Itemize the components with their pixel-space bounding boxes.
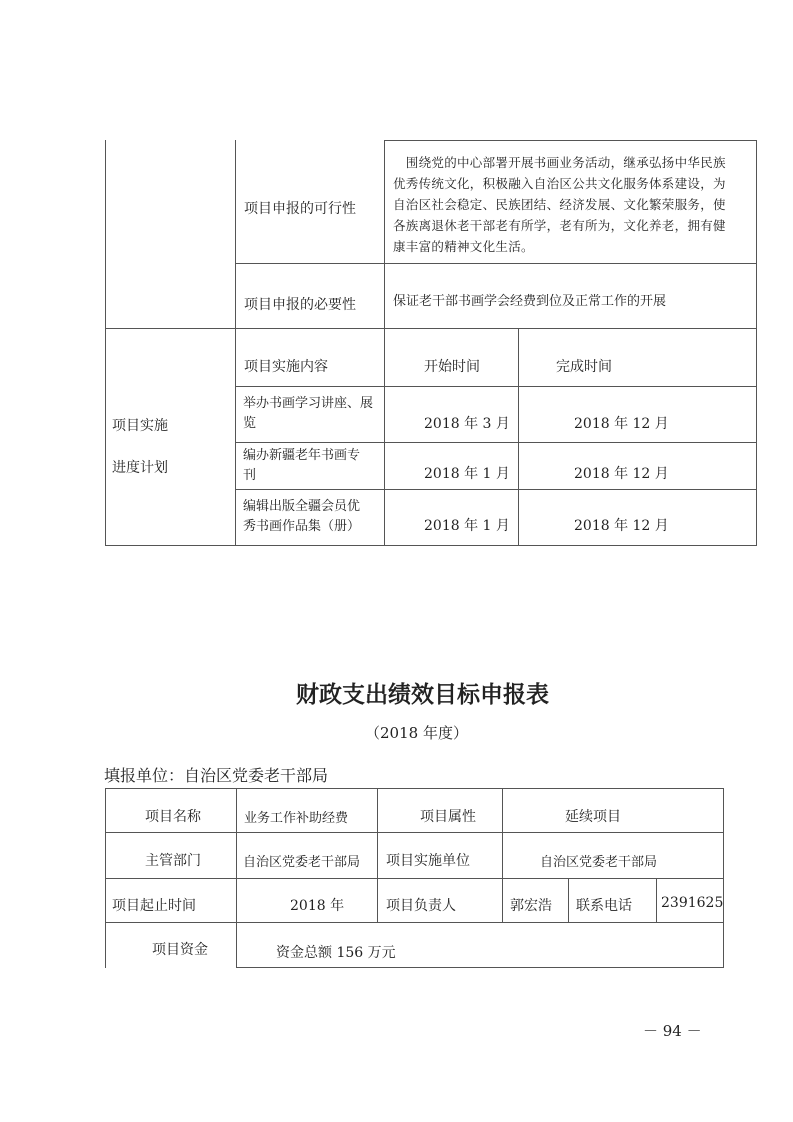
funds-value: 资金总额 156 万元 <box>276 942 396 962</box>
text-line: 刊 <box>243 466 360 486</box>
schedule-row-start: 2018 年 1 月 <box>424 463 510 483</box>
table-border <box>235 386 757 387</box>
schedule-header-end: 完成时间 <box>556 356 612 376</box>
phone-value: 2391625 <box>661 895 723 911</box>
table-border <box>518 328 519 546</box>
impl-unit-label: 项目实施单位 <box>386 850 470 870</box>
table-border <box>236 788 237 968</box>
schedule-row-start: 2018 年 1 月 <box>424 515 510 535</box>
text-line: 举办书画学习讲座、展 <box>243 394 373 414</box>
table-border <box>236 967 724 968</box>
table-border <box>105 878 724 879</box>
form-title: 财政支出绩效目标申报表 <box>296 676 549 709</box>
form-subtitle: （2018 年度） <box>365 722 468 743</box>
page-number: － 94 － <box>643 1020 702 1041</box>
table-border <box>105 328 757 329</box>
project-attr-value: 延续项目 <box>565 806 621 826</box>
project-name-label: 项目名称 <box>145 806 201 826</box>
schedule-row-content: 编办新疆老年书画专 刊 <box>243 446 360 486</box>
owner-label: 项目负责人 <box>386 895 456 915</box>
schedule-row-content: 举办书画学习讲座、展 览 <box>243 394 373 434</box>
owner-value: 郭宏浩 <box>510 895 552 915</box>
table-border <box>384 328 385 546</box>
text-line: 编办新疆老年书画专 <box>243 446 360 466</box>
dept-label: 主管部门 <box>145 850 201 870</box>
text-line: 览 <box>243 414 373 434</box>
table-border <box>105 788 724 789</box>
necessity-label: 项目申报的必要性 <box>244 294 356 314</box>
schedule-label-line2: 进度计划 <box>112 457 168 477</box>
schedule-row-end: 2018 年 12 月 <box>574 515 669 535</box>
text-line: 自治区社会稳定、民族团结、经济发展、文化繁荣服务，使 <box>393 194 753 215</box>
text-line: 编辑出版全疆会员优 <box>243 497 360 517</box>
table-border <box>235 489 757 490</box>
schedule-row-content: 编辑出版全疆会员优 秀书画作品集（册） <box>243 497 360 537</box>
table-border <box>235 442 757 443</box>
table-border <box>568 878 569 923</box>
table-border <box>105 922 724 923</box>
funds-label: 项目资金 <box>152 939 208 959</box>
filing-unit: 填报单位：自治区党委老干部局 <box>104 763 328 786</box>
table-border <box>235 263 757 264</box>
schedule-header-content: 项目实施内容 <box>244 356 328 376</box>
table-border <box>105 788 106 968</box>
feasibility-label: 项目申报的可行性 <box>244 198 356 218</box>
impl-unit-value: 自治区党委老干部局 <box>540 851 657 870</box>
project-attr-label: 项目属性 <box>420 806 476 826</box>
schedule-row-end: 2018 年 12 月 <box>574 413 669 433</box>
table-border <box>502 788 503 923</box>
text-line: 康丰富的精神文化生活。 <box>393 236 753 257</box>
feasibility-text: 围绕党的中心部署开展书画业务活动，继承弘扬中华民族 优秀传统文化，积极融入自治区… <box>393 152 753 257</box>
text-line: 优秀传统文化，积极融入自治区公共文化服务体系建设，为 <box>393 173 753 194</box>
table-border <box>105 832 724 833</box>
period-label: 项目起止时间 <box>112 895 196 915</box>
schedule-row-end: 2018 年 12 月 <box>574 463 669 483</box>
schedule-row-start: 2018 年 3 月 <box>424 413 510 433</box>
schedule-header-start: 开始时间 <box>424 356 480 376</box>
table-border <box>756 140 757 546</box>
table-border <box>723 788 724 968</box>
table-border <box>235 140 236 546</box>
text-line: 围绕党的中心部署开展书画业务活动，继承弘扬中华民族 <box>393 152 753 173</box>
project-name-value: 业务工作补助经费 <box>244 807 348 826</box>
period-value: 2018 年 <box>290 895 344 915</box>
table-border <box>377 788 378 923</box>
table-border <box>384 140 757 141</box>
table-border <box>105 545 757 546</box>
text-line: 各族离退休老干部老有所学，老有所为，文化养老，拥有健 <box>393 215 753 236</box>
phone-label: 联系电话 <box>576 895 632 915</box>
necessity-text: 保证老干部书画学会经费到位及正常工作的开展 <box>393 290 666 309</box>
text-line: 秀书画作品集（册） <box>243 517 360 537</box>
schedule-label-line1: 项目实施 <box>112 415 168 435</box>
table-border <box>105 140 106 546</box>
table-border <box>656 878 657 923</box>
dept-value: 自治区党委老干部局 <box>243 851 360 870</box>
